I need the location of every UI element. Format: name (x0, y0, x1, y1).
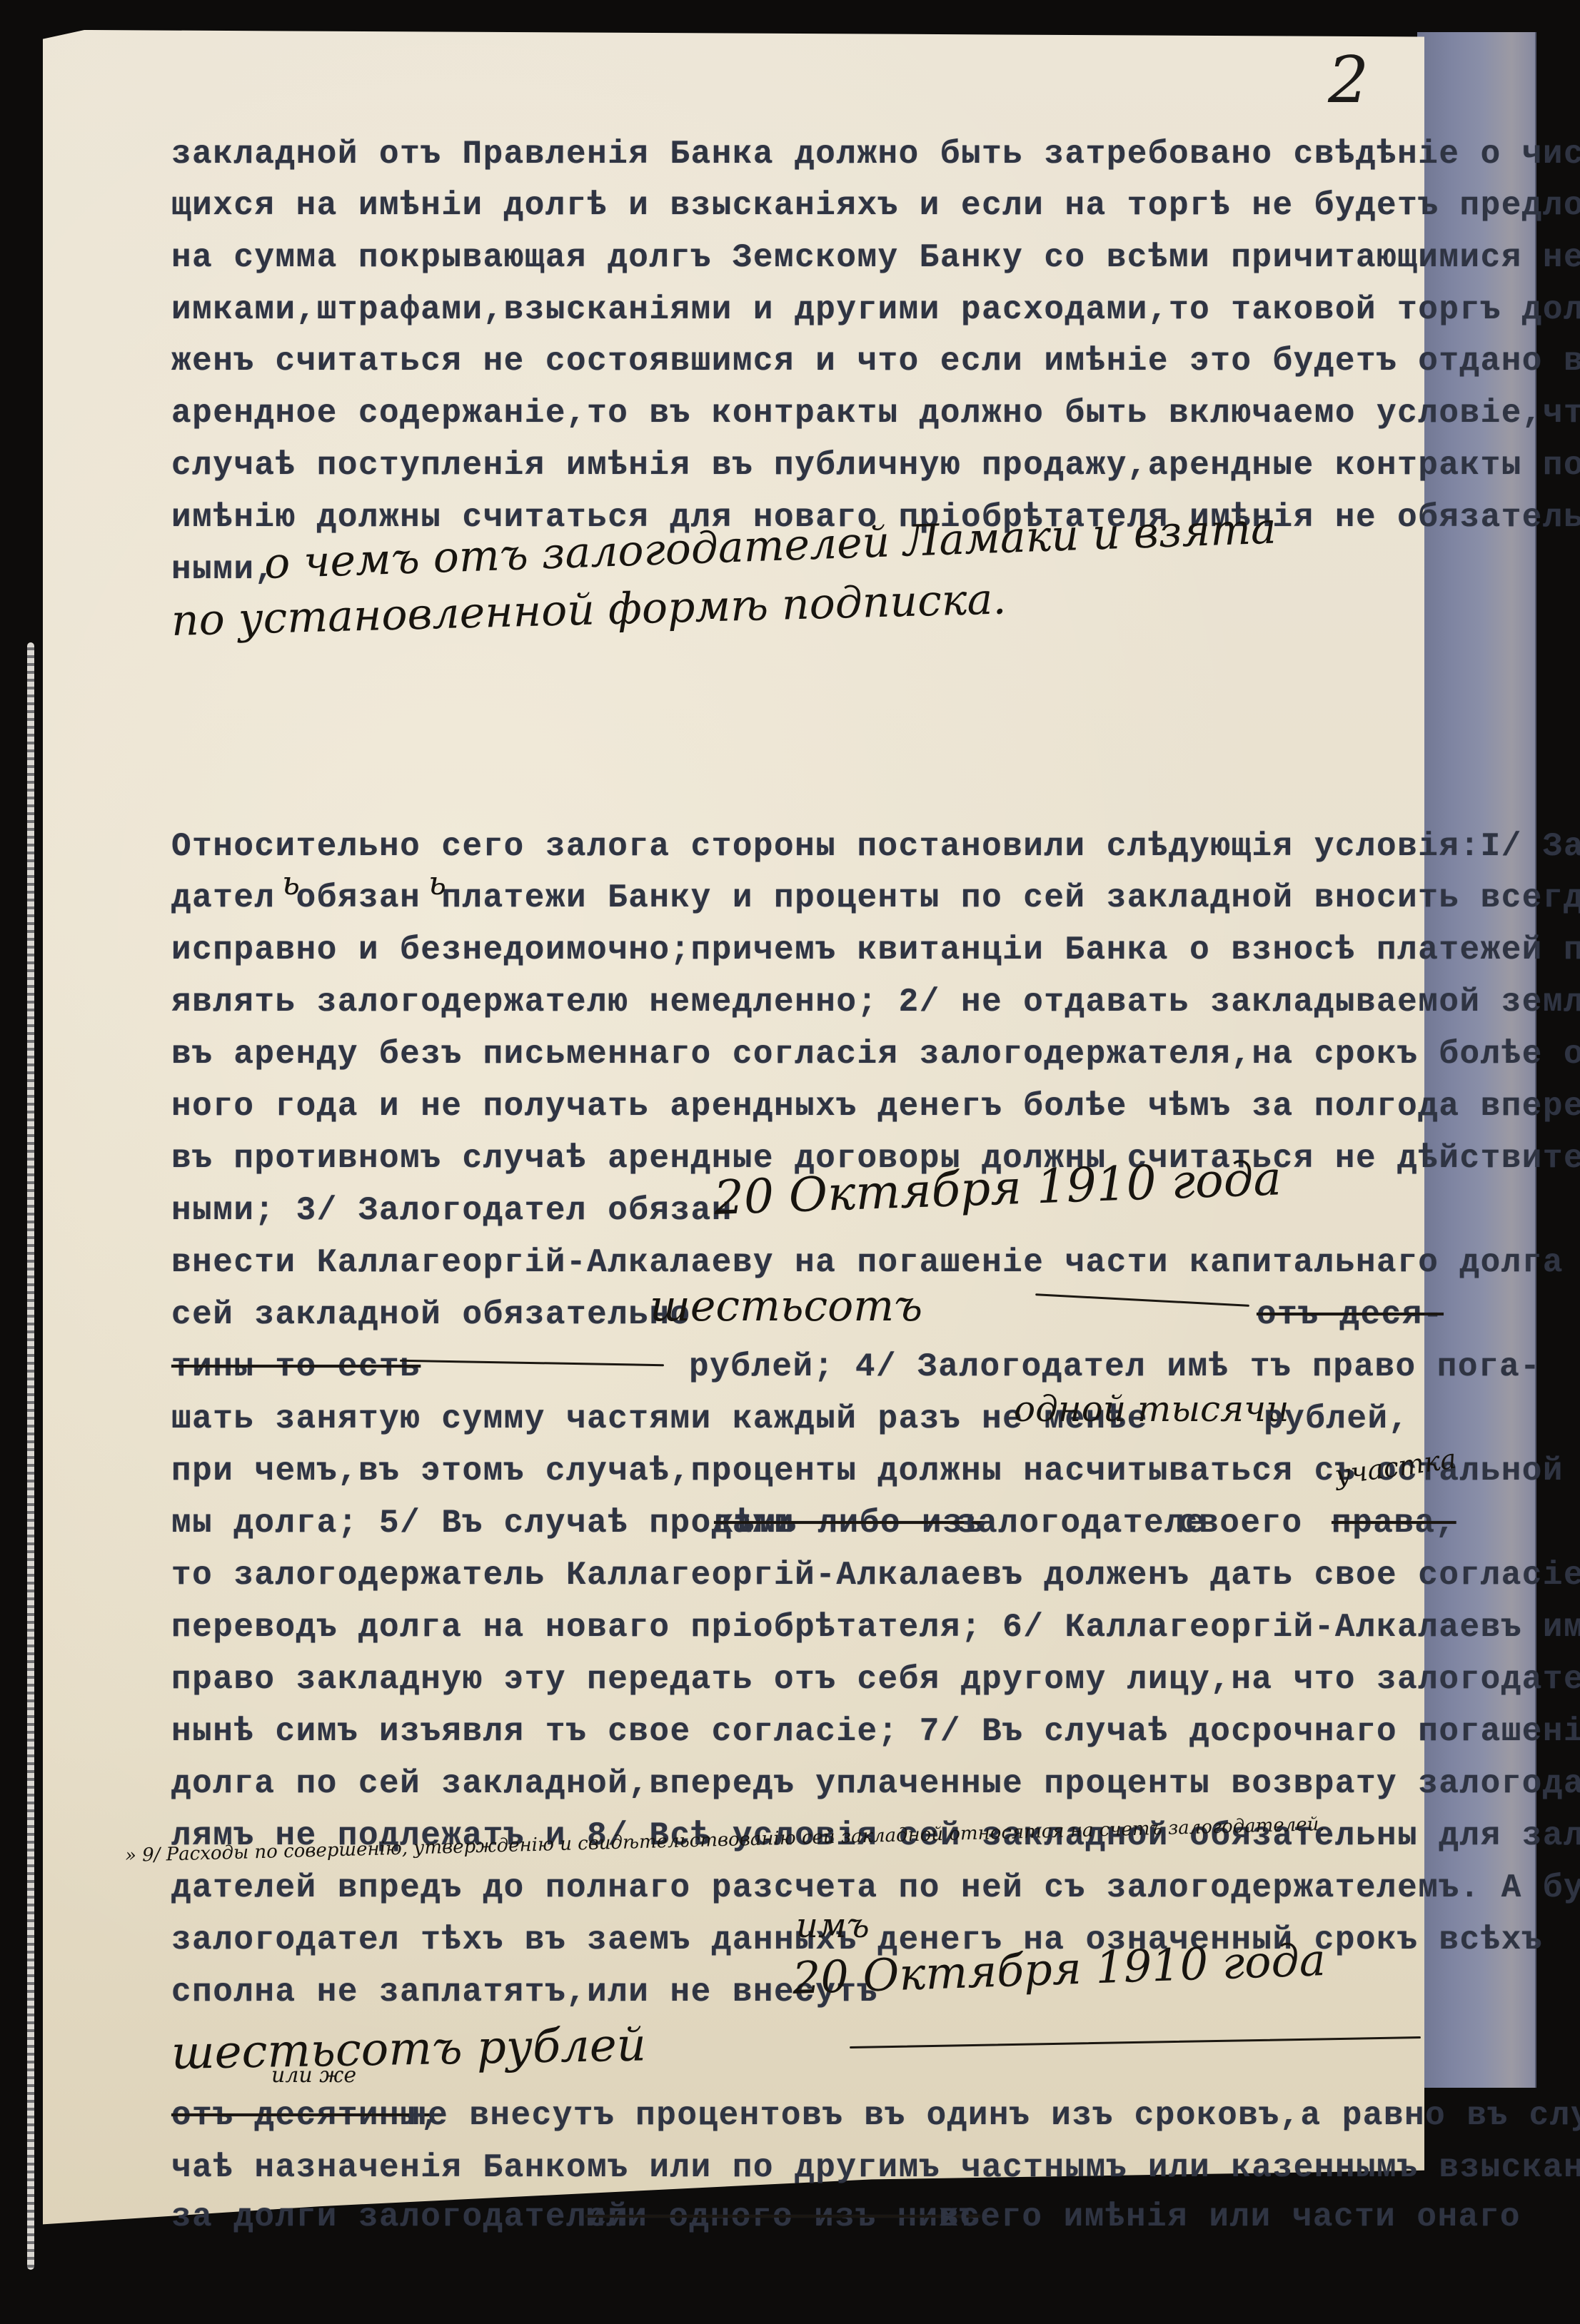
typed-line: право закладную эту передать отъ себя др… (171, 1661, 1442, 1698)
typed-line: рублей; 4/ Залогодател имѣ тъ право пога… (689, 1348, 1474, 1385)
typed-line: на сумма покрывающая долгъ Земскому Банк… (171, 239, 1442, 276)
typed-line: рублей, (1264, 1400, 1478, 1438)
typed-line: то залогодержатель Каллагеоргій-Алкалаев… (171, 1557, 1442, 1594)
typed-line: дател обязан платежи Банку и проценты по… (171, 879, 1442, 916)
struck-text: кѣмъ либо изъ (714, 1505, 950, 1542)
typed-line: Относительно сего залога стороны постано… (171, 828, 1442, 865)
typed-line: всего имѣнія или части онаго (939, 2198, 1510, 2235)
handwritten-correction: ь (282, 864, 300, 902)
handwritten-amount: шестьсотъ рублей (171, 2019, 646, 2080)
typed-line: являть залогодержателю немедленно; 2/ не… (171, 984, 1442, 1021)
typed-line: не внесутъ процентовъ въ одинъ изъ сроко… (407, 2097, 1478, 2134)
typed-line: арендное содержаніе,то въ контракты долж… (171, 395, 1442, 432)
typed-line: нынѣ симъ изъявля тъ свое согласіе; 7/ В… (171, 1713, 1442, 1750)
struck-text: или одного изъ нихъ (585, 2198, 928, 2235)
typed-line: случаѣ поступленія имѣнія въ публичную п… (171, 447, 1442, 484)
binding-thread (27, 642, 34, 2270)
typed-line: женъ считаться не состоявшимся и что есл… (171, 343, 1442, 380)
struck-text: права, (1332, 1505, 1474, 1542)
handwritten-amount: одной тысячи (1014, 1388, 1289, 1430)
typed-line: при чемъ,въ этомъ случаѣ,проценты должны… (171, 1452, 1442, 1490)
typed-line: щихся на имѣніи долгѣ и взысканіяхъ и ес… (171, 187, 1442, 224)
typed-line: чаѣ назначенія Банкомъ или по другимъ ча… (171, 2149, 1442, 2186)
typed-line: исправно и безнедоимочно;причемъ квитанц… (171, 931, 1442, 969)
handwritten-insert: или же (271, 2063, 356, 2088)
typed-line: дателей впредъ до полнаго разсчета по не… (171, 1869, 1442, 1906)
handwritten-correction: ь (428, 864, 446, 902)
typed-line: закладной отъ Правленія Банка должно быт… (171, 136, 1442, 173)
page-number: 2 (1328, 43, 1369, 118)
typed-line: имками,штрафами,взысканіями и другими ра… (171, 291, 1442, 328)
typed-line: своего (1178, 1505, 1321, 1542)
typed-line: ного года и не получать арендныхъ денегъ… (171, 1088, 1442, 1125)
typed-line: долга по сей закладной,впередъ уплаченны… (171, 1765, 1442, 1802)
struck-text: отъ десятины, (171, 2097, 414, 2134)
typed-line: залогодателе (957, 1505, 1192, 1542)
struck-text: отъ деся- (1257, 1296, 1471, 1333)
typed-line: внести Каллагеоргій-Алкалаеву на погашен… (171, 1244, 1442, 1281)
handwritten-insert: имъ (796, 1906, 870, 1946)
handwritten-amount: шестьсотъ (650, 1281, 922, 1331)
typed-line: въ аренду безъ письменнаго согласія зало… (171, 1036, 1442, 1073)
typed-line: переводъ долга на новаго пріобрѣтателя; … (171, 1609, 1442, 1646)
